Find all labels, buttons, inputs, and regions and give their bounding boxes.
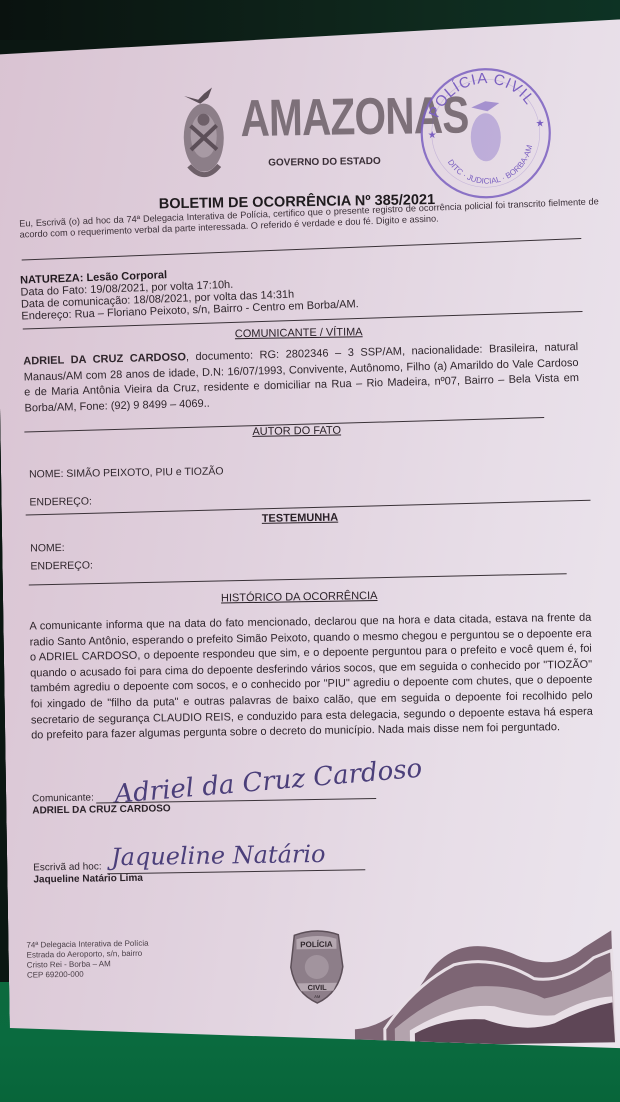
occurrence-details: NATUREZA: Lesão Corporal Data do Fato: 1… bbox=[20, 262, 359, 322]
svg-text:POLÍCIA CIVIL: POLÍCIA CIVIL bbox=[425, 69, 538, 120]
section-heading-autor: AUTOR DO FATO bbox=[252, 425, 341, 438]
badge-state-text: AM bbox=[314, 994, 320, 999]
policia-civil-badge-icon: POLÍCIA CIVIL AM bbox=[288, 927, 345, 1006]
decorative-waves-graphic bbox=[353, 922, 617, 1046]
policia-civil-stamp-icon: POLÍCIA CIVIL DITC · JUDICIAL · BORBA-AM… bbox=[413, 60, 555, 202]
escriva-name: Jaqueline Natário Lima bbox=[33, 873, 143, 886]
section-heading-historico: HISTÓRICO DA OCORRÊNCIA bbox=[221, 590, 378, 604]
witness-name: NOME: bbox=[30, 542, 65, 555]
victim-info: , documento: RG: 2802346 – 3 SSP/AM, nac… bbox=[24, 341, 580, 414]
escriva-signature: Jaqueline Natário bbox=[111, 840, 326, 871]
svg-text:★: ★ bbox=[428, 130, 437, 141]
victim-details: ADRIEL DA CRUZ CARDOSO, documento: RG: 2… bbox=[23, 340, 579, 417]
government-subtitle: GOVERNO DO ESTADO bbox=[268, 156, 381, 169]
badge-top-text: POLÍCIA bbox=[300, 940, 333, 950]
victim-name: ADRIEL DA CRUZ CARDOSO bbox=[23, 351, 186, 367]
divider bbox=[29, 573, 567, 586]
footer-address: 74ª Delegacia Interativa de Polícia Estr… bbox=[26, 939, 149, 981]
divider bbox=[22, 238, 582, 261]
section-heading-testemunha: TESTEMUNHA bbox=[262, 512, 339, 525]
police-report-page: AMAZONAS GOVERNO DO ESTADO POLÍCIA CIVIL… bbox=[0, 19, 620, 1059]
badge-bottom-text: CIVIL bbox=[307, 983, 327, 992]
escriva-label: Escrivã ad hoc: bbox=[33, 861, 102, 873]
author-address: ENDEREÇO: bbox=[29, 495, 92, 508]
svg-text:★: ★ bbox=[536, 118, 545, 129]
occurrence-history-text: A comunicante informa que na data do fat… bbox=[29, 611, 593, 745]
footer-address-line: CEP 69200-000 bbox=[27, 969, 149, 981]
witness-address: ENDEREÇO: bbox=[30, 559, 93, 572]
amazonas-coat-of-arms-icon bbox=[178, 85, 230, 186]
section-heading-comunicante: COMUNICANTE / VÍTIMA bbox=[235, 326, 363, 340]
comunicante-label: Comunicante: bbox=[32, 792, 94, 804]
author-name: NOME: SIMÃO PEIXOTO, PIU e TIOZÃO bbox=[29, 465, 224, 480]
